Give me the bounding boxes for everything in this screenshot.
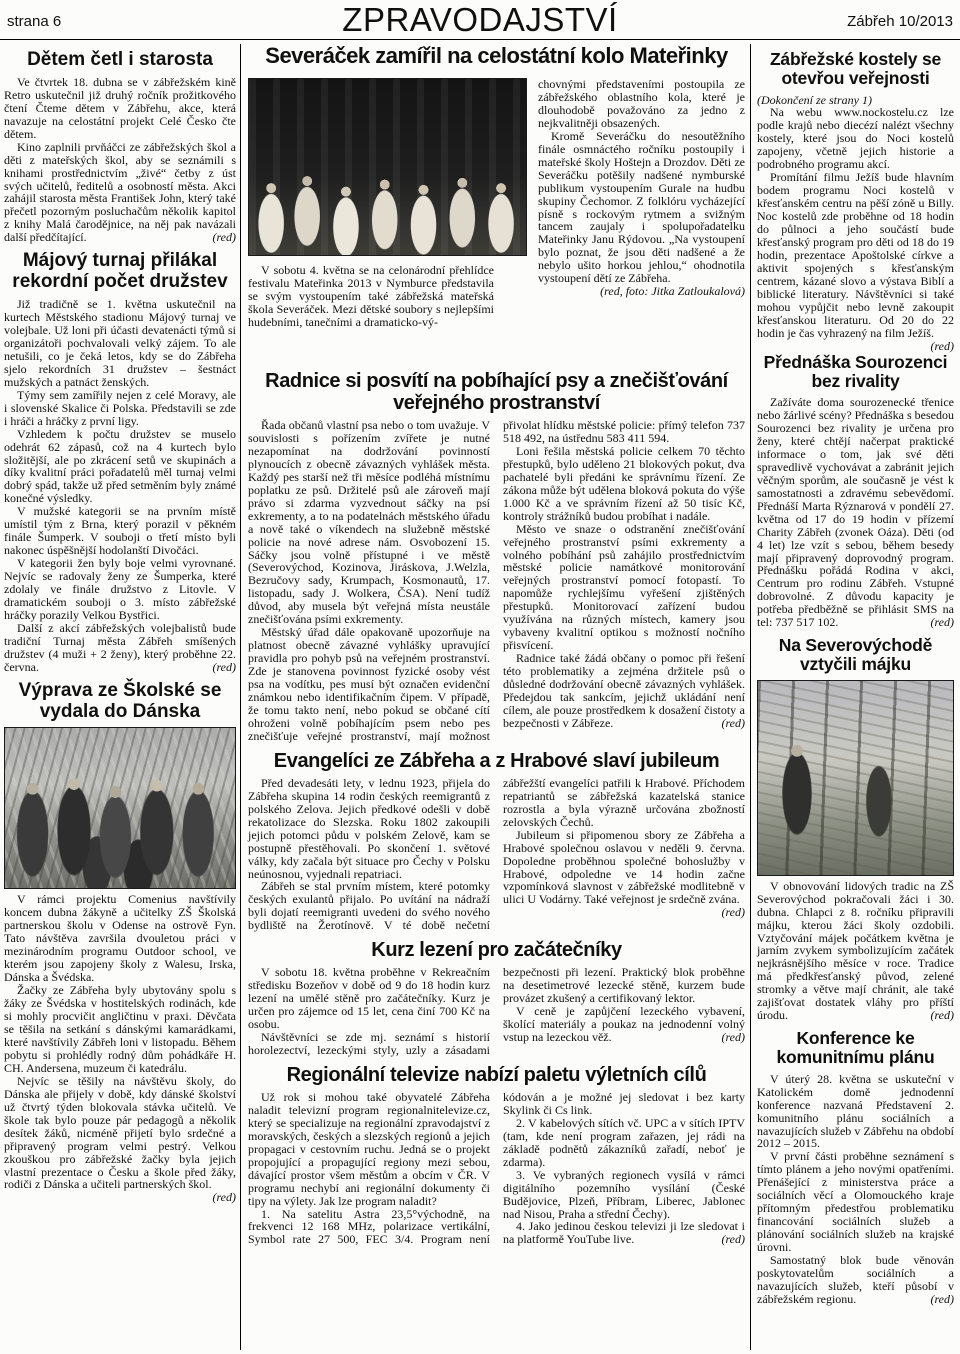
article-title: Konference ke komunitnímu plánu: [757, 1029, 954, 1068]
paragraph-text: Nejvíc se těšily na návštěvu školy, do D…: [4, 1074, 236, 1192]
article-paragraph: Samostatný blok bude věnován poskytovate…: [757, 1254, 954, 1306]
article-paragraph: V obnovování lidových tradic na ZŠ Sever…: [757, 880, 954, 1022]
article-severacek-materinka: Severáček zamířil na celostátní kolo Mat…: [248, 44, 745, 364]
left-column: Dětem četl i starosta Ve čtvrtek 18. dub…: [4, 44, 236, 1204]
article-paragraph: Vzhledem k počtu družstev se muselo odeh…: [4, 428, 236, 506]
article-text-columns: V sobotu 18. května proběhne v Rekreační…: [248, 966, 745, 1057]
header-rule: [0, 39, 960, 40]
article-konference-komunitni-plan: Konference ke komunitnímu plánu V úterý …: [757, 1029, 954, 1306]
article-signature: (red): [911, 340, 954, 353]
article-signature: (red): [193, 231, 236, 244]
article-evangelici-jubileum: Evangelíci ze Zábřeha a z Hrabové slaví …: [248, 750, 745, 932]
article-zabrezske-kostely: Zábřežské kostely se otevřou veřejnosti …: [757, 50, 954, 340]
right-column: Zábřežské kostely se otevřou veřejnosti …: [757, 44, 954, 1313]
article-title: Dětem četl i starosta: [4, 50, 236, 71]
article-title: Regionální televize nabízí paletu výletn…: [248, 1064, 745, 1086]
middle-column: Severáček zamířil na celostátní kolo Mat…: [248, 44, 745, 1253]
article-signature: (red, foto: Jitka Zatloukalová): [581, 285, 745, 298]
article-vztycili-majku: Na Severovýchodě vztyčili májku V obnovo…: [757, 636, 954, 1022]
article-signature: (red): [911, 1009, 954, 1022]
article-signature: (red): [911, 616, 954, 629]
article-paragraph: 4. Jako jedinou českou televizi ji lze s…: [503, 1220, 745, 1246]
article-signature: (red): [193, 1191, 236, 1204]
article-title: Radnice si posvítí na pobíhající psy a z…: [248, 370, 745, 414]
paragraph-text: Promítání filmu Ježíš bude hlavním bodem…: [757, 170, 954, 339]
article-detem-cetl-i-starosta: Dětem četl i starosta Ve čtvrtek 18. dub…: [4, 50, 236, 244]
paragraph-text: V obnovování lidových tradic na ZŠ Sever…: [757, 879, 954, 1023]
issue-date-label: Zábřeh 10/2013: [847, 13, 953, 30]
article-text-block: chovnými představeními postoupila ze záb…: [538, 78, 745, 298]
article-signature: (red): [702, 1233, 745, 1246]
article-paragraph: Před devadesáti lety, v lednu 1923, přij…: [248, 777, 490, 881]
article-text-block: V sobotu 4. května se na celonárodní pře…: [248, 264, 494, 329]
article-title: Zábřežské kostely se otevřou veřejnosti: [757, 50, 954, 89]
article-paragraph: Radnice také žádá občany o pomoc při řeš…: [503, 652, 745, 730]
article-kurz-lezeni: Kurz lezení pro začátečníky V sobotu 18.…: [248, 939, 745, 1057]
article-paragraph: Další z akcí zábřežských volejbalistů bu…: [4, 622, 236, 674]
article-paragraph: Loni řešila městská policie celkem 70 tě…: [503, 445, 745, 523]
paragraph-text: Kromě Severáčku do nesoutěžního finále o…: [538, 129, 745, 285]
article-paragraph: Promítání filmu Ježíš bude hlavním bodem…: [757, 171, 954, 339]
article-paragraph: V rámci projektu Comenius navštívily kon…: [4, 893, 236, 984]
article-paragraph: Město ve snaze o odstranění znečišťování…: [503, 523, 745, 653]
article-text-columns: Už rok si mohou také obyvatelé Zábřeha n…: [248, 1091, 745, 1246]
section-title: ZPRAVODAJSTVÍ: [0, 1, 960, 39]
article-paragraph: chovnými představeními postoupila ze záb…: [538, 78, 745, 130]
article-signature: (red): [702, 906, 745, 919]
article-signature: (red): [702, 717, 745, 730]
article-paragraph: 3. Ve vybraných regionech vysílá v rámci…: [503, 1169, 745, 1221]
article-majovy-turnaj: Májový turnaj přilákal rekordní počet dr…: [4, 251, 236, 673]
article-paragraph: 2. V kabelových sítích vč. UPC a v sítíc…: [503, 1117, 745, 1169]
article-paragraph: Na webu www.nockostelu.cz lze podle kraj…: [757, 106, 954, 171]
article-paragraph: V sobotu 18. května proběhne v Rekreační…: [248, 966, 490, 1031]
article-paragraph: Ve čtvrtek 18. dubna se v zábřežském kin…: [4, 76, 236, 141]
article-text-columns: Před devadesáti lety, v lednu 1923, přij…: [248, 777, 745, 932]
photo-group-outdoors: [4, 727, 236, 889]
article-paragraph: Řada občanů vlastní psa nebo o tom uvažu…: [248, 419, 490, 626]
article-title: Májový turnaj přilákal rekordní počet dr…: [4, 251, 236, 293]
article-paragraph: Jubileum si připomenou sbory ze Zábřeha …: [503, 829, 745, 907]
article-paragraph: Žačky ze Zábřeha byly ubytovány spolu s …: [4, 984, 236, 1075]
paragraph-text: Jubileum si připomenou sbory ze Zábřeha …: [503, 828, 745, 907]
article-paragraph: Již tradičně se 1. května uskutečnil na …: [4, 298, 236, 389]
article-prednaska-sourozenci: Přednáška Sourozenci bez rivality Zažívá…: [757, 347, 954, 630]
article-paragraph: Týmy sem zamířily nejen z celé Moravy, a…: [4, 389, 236, 428]
article-paragraph: V ceně je zapůjčení lezeckého vybavení, …: [503, 1005, 745, 1044]
paragraph-text: Kino zaplnili prvňáčci ze zábřežských šk…: [4, 140, 236, 245]
article-signature: (red): [702, 1031, 745, 1044]
article-paragraph: Kromě Severáčku do nesoutěžního finále o…: [538, 130, 745, 285]
article-radnice-psi: Radnice si posvítí na pobíhající psy a z…: [248, 370, 745, 743]
article-title: Kurz lezení pro začátečníky: [248, 939, 745, 961]
article-paragraph: V mužské kategorii se na prvním místě um…: [4, 505, 236, 557]
article-paragraph: V sobotu 4. května se na celonárodní pře…: [248, 264, 494, 329]
column-divider-right: [750, 44, 751, 1350]
article-regionalni-televize: Regionální televize nabízí paletu výletn…: [248, 1064, 745, 1246]
article-paragraph: V první části proběhne seznámení s tímto…: [757, 1150, 954, 1254]
article-paragraph: Zažíváte doma sourozenecké třenice nebo …: [757, 396, 954, 629]
photo-maypole-outdoors: [757, 680, 954, 876]
article-title: Evangelíci ze Zábřeha a z Hrabové slaví …: [248, 750, 745, 772]
article-paragraph: V kategorii žen byly boje velmi vyrovnan…: [4, 557, 236, 622]
article-paragraph: Kino zaplnili prvňáčci ze zábřežských šk…: [4, 141, 236, 245]
article-text-columns: Řada občanů vlastní psa nebo o tom uvažu…: [248, 419, 745, 743]
article-paragraph: Nejvíc se těšily na návštěvu školy, do D…: [4, 1075, 236, 1192]
newspaper-page: strana 6 ZPRAVODAJSTVÍ Zábřeh 10/2013 Dě…: [0, 0, 960, 1354]
column-divider-left: [240, 44, 241, 1350]
paragraph-text: Zažíváte doma sourozenecké třenice nebo …: [757, 395, 954, 629]
article-title: Na Severovýchodě vztyčili májku: [757, 636, 954, 675]
article-signature: (red): [193, 661, 236, 674]
photo-children-on-stage: [248, 78, 527, 256]
article-paragraph: V úterý 28. května se uskuteční v Katoli…: [757, 1073, 954, 1151]
article-paragraph: Už rok si mohou také obyvatelé Zábřeha n…: [248, 1091, 490, 1208]
article-signature: (red): [911, 1293, 954, 1306]
article-title: Severáček zamířil na celostátní kolo Mat…: [248, 44, 745, 68]
article-title: Výprava ze Školské se vydala do Dánska: [4, 681, 236, 723]
article-title: Přednáška Sourozenci bez rivality: [757, 353, 954, 392]
article-vyprava-do-danska: Výprava ze Školské se vydala do Dánska V…: [4, 681, 236, 1192]
